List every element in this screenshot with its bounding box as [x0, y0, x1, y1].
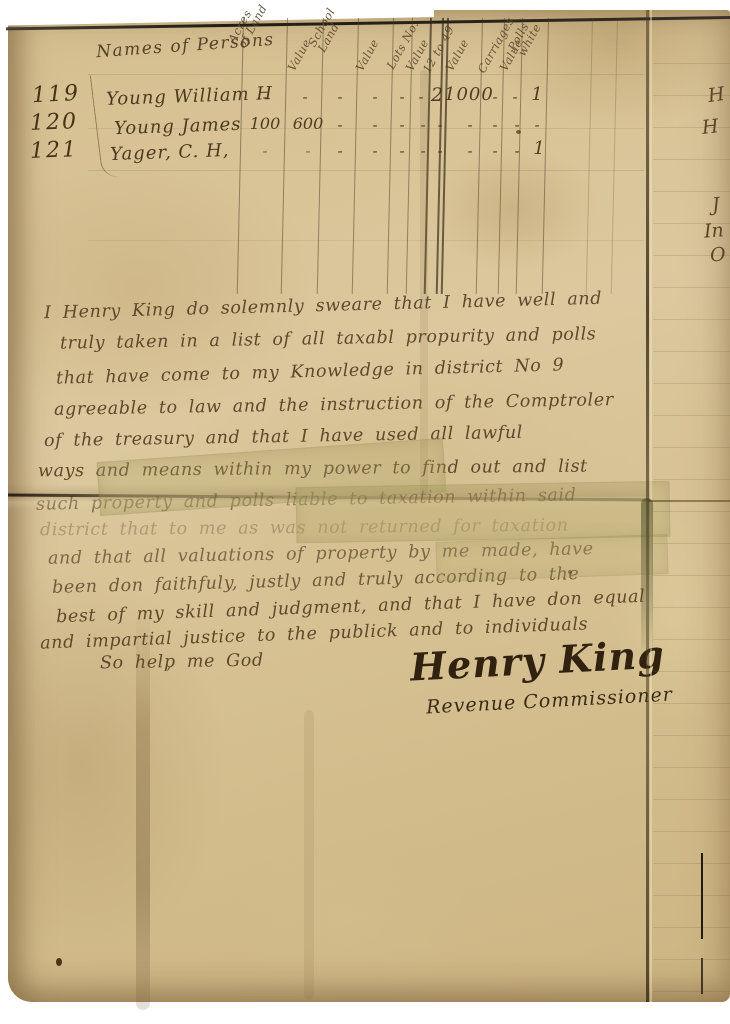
taxpayer-name: Young James	[114, 114, 242, 139]
table-cell: 100	[248, 114, 282, 133]
fold-smudge	[641, 498, 653, 663]
table-cell: -	[248, 142, 282, 160]
table-column-line	[237, 18, 244, 294]
oath-line: of the treasury and that I have used all…	[44, 423, 523, 451]
column-header-polls: Polls white	[507, 4, 550, 58]
oath-closing: So help me God	[100, 651, 264, 674]
row-number: 120	[30, 109, 79, 136]
table-cell: -	[291, 142, 325, 160]
table-row-line	[88, 240, 644, 241]
adjacent-page-fragment: J	[711, 194, 721, 217]
adjacent-page-fragment: H	[701, 115, 720, 139]
adjacent-page-fragment: H	[707, 83, 726, 107]
row-number: 119	[31, 81, 80, 108]
adjacent-page-fragment: In	[703, 219, 724, 242]
table-cell: 1	[520, 84, 554, 105]
ink-speck	[568, 570, 572, 574]
adjacent-page-ruled-lines	[653, 32, 730, 992]
stray-ink-mark: „	[164, 658, 171, 673]
vertical-crease	[136, 610, 150, 1010]
table-cell: -	[323, 88, 357, 106]
table-cell: -	[288, 88, 322, 106]
table-column-line	[611, 18, 618, 294]
adjacent-page-fragment: O	[709, 243, 726, 266]
oath-line: agreeable to law and the instruction of …	[54, 390, 614, 420]
table-cell: -	[423, 116, 457, 134]
table-cell: -	[423, 142, 457, 160]
table-cell: 600	[291, 114, 325, 133]
table-cell: -	[323, 116, 357, 134]
table-cell: 1	[522, 138, 556, 159]
paper-tear-slit	[701, 853, 703, 939]
ink-speck	[56, 958, 62, 966]
table-cell: -	[323, 142, 357, 160]
paper-tear-slit	[701, 958, 703, 994]
vertical-crease	[304, 710, 314, 1000]
table-cell: -	[520, 116, 554, 134]
scanned-document-page: { "document": { "kind": "Handwritten tax…	[0, 0, 730, 1024]
table-cell: -	[248, 88, 282, 106]
table-row-line	[88, 170, 644, 171]
adjacent-page-crease	[648, 500, 730, 502]
table-column-line	[586, 18, 593, 294]
taxpayer-name: Yager, C. H,	[110, 140, 230, 165]
oath-line: I Henry King do solemnly sweare that I h…	[44, 289, 602, 324]
ink-speck	[516, 130, 521, 134]
repair-tape	[296, 481, 671, 544]
oath-line: that have come to my Knowledge in distri…	[56, 355, 565, 388]
paper-sheet: Names of Persons Acres of Land Value Sch…	[8, 10, 730, 1002]
repair-tape	[435, 534, 668, 582]
vertical-crease	[420, 70, 428, 500]
row-number: 121	[30, 137, 79, 164]
oath-line: truly taken in a list of all taxabl prop…	[60, 324, 597, 353]
table-row-line	[88, 74, 644, 75]
